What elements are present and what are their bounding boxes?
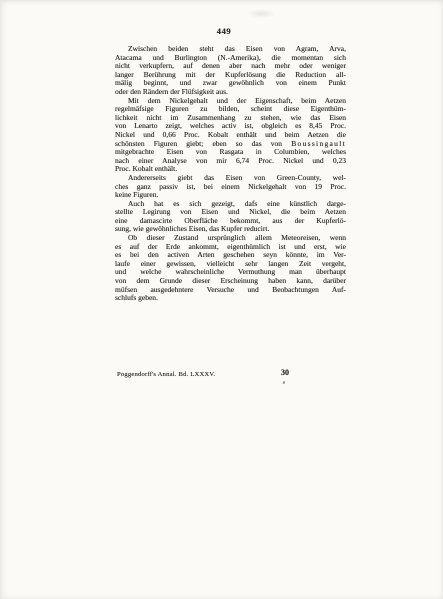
text-line: Zwischen beiden steht das Eisen von Agra… <box>115 45 346 54</box>
text-line: und welche wahrscheinliche Vermuthung ma… <box>115 268 346 277</box>
page-footer: Poggendorff's Annal. Bd. LXXXV. 30 <box>0 368 443 388</box>
text-line: lichkeit nicht im Zusammenhang zu stehen… <box>115 114 346 123</box>
text-line: eine damascirte Oberfläche bekommt, aus … <box>115 217 346 226</box>
text-line: Atacama und Burlington (N.-Amerika), die… <box>115 54 346 63</box>
text-line: Nickel und 0,66 Proc. Kobalt enthält und… <box>115 131 346 140</box>
text-line: es auf der Erde ankommt, eigenthümlich i… <box>115 243 346 252</box>
text-line: Mit dem Nickelgehalt und der Eigenschaft… <box>115 97 346 106</box>
page-number: 449 <box>112 26 336 36</box>
text-line: schönsten Figuren giebt; eben so das von… <box>115 140 346 149</box>
text-line: ches ganz passiv ist, bei einem Nickelge… <box>115 183 346 192</box>
text-line: Ob dieser Zustand ursprünglich allem Met… <box>115 234 346 243</box>
text-line: von dem Grunde dieser Erscheinung haben … <box>115 277 346 286</box>
text-line: keine Figuren. <box>115 191 346 200</box>
sheet-signature-number: 30 <box>281 368 289 377</box>
text-line: laufe einer gewissen, vielleicht sehr la… <box>115 260 346 269</box>
journal-signature-line: Poggendorff's Annal. Bd. LXXXV. <box>117 371 215 378</box>
scan-artifact-mark <box>283 381 286 384</box>
text-line: nicht verkupfern, auf denen aber nach me… <box>115 62 346 71</box>
text-line: es bei den activen Arten geschehen seyn … <box>115 251 346 260</box>
scan-smudge <box>246 9 276 18</box>
letterspaced-name: Boussingault <box>291 140 346 148</box>
text-line: sung, wie gewöhnliches Eisen, das Kupfer… <box>115 225 346 234</box>
text-block: Zwischen beiden steht das Eisen von Agra… <box>115 45 346 303</box>
text-line: mälig beginnt, und zwar gewöhnlich von e… <box>115 79 346 88</box>
text-line: Andererseits giebt das Eisen von Green-C… <box>115 174 346 183</box>
text-line: stellte Legirung von Eisen und Nickel, d… <box>115 208 346 217</box>
text-line: regelmäfsige Figuren zu bilden, scheint … <box>115 105 346 114</box>
paragraph: Mit dem Nickelgehalt und der Eigenschaft… <box>115 97 346 174</box>
text-line: von Lenarto zeigt, welches activ ist, ob… <box>115 122 346 131</box>
paragraph: Andererseits giebt das Eisen von Green-C… <box>115 174 346 200</box>
text-line: nach einer Analyse von mir 6,74 Proc. Ni… <box>115 157 346 166</box>
text-line: müfsen ausgedehntere Versuche und Beobac… <box>115 286 346 295</box>
text-line: Auch hat es sich gezeigt, dafs eine küns… <box>115 200 346 209</box>
text-line: langer Berührung mit der Kupferlösung di… <box>115 71 346 80</box>
text-line: oder den Rändern der Flüfsigkeit aus. <box>115 88 346 97</box>
paragraph: Auch hat es sich gezeigt, dafs eine küns… <box>115 200 346 303</box>
text-line: schlufs geben. <box>115 294 346 303</box>
text-line: Proc. Kobalt enthält. <box>115 165 346 174</box>
text-line: mitgebrachte Eisen von Rasgata in Columb… <box>115 148 346 157</box>
paragraph: Zwischen beiden steht das Eisen von Agra… <box>115 45 346 97</box>
scanned-book-page: 449 Zwischen beiden steht das Eisen von … <box>0 0 443 599</box>
